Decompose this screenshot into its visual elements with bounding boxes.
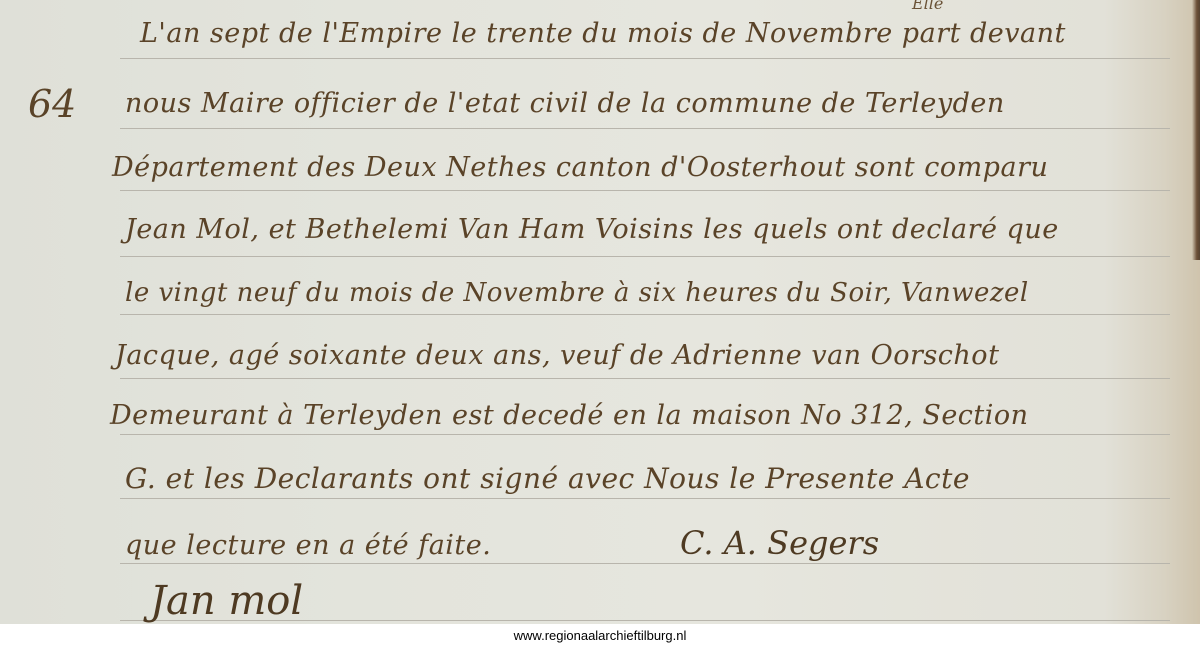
record-line-9: que lecture en a été faite. <box>125 530 491 561</box>
ruled-line <box>120 434 1170 435</box>
ruled-line <box>120 256 1170 257</box>
ruled-line <box>120 58 1170 59</box>
record-line-6: Jacque, agé soixante deux ans, veuf de A… <box>115 340 999 371</box>
record-line-8: G. et les Declarants ont signé avec Nous… <box>125 462 970 495</box>
official-signature: C. A. Segers <box>680 524 879 562</box>
record-line-5: le vingt neuf du mois de Novembre à six … <box>125 278 1029 308</box>
record-line-7: Demeurant à Terleyden est decedé en la m… <box>110 400 1029 431</box>
footer-bar: www.regionaalarchieftilburg.nl <box>0 624 1200 649</box>
archive-url: www.regionaalarchieftilburg.nl <box>0 628 1200 643</box>
declarant-signature: Jan mol <box>150 578 303 624</box>
ruled-line <box>120 378 1170 379</box>
scanned-register-page: Elle 64 L'an sept de l'Empire le trente … <box>0 0 1200 624</box>
ruled-line <box>120 190 1170 191</box>
ruled-line <box>120 128 1170 129</box>
record-number: 64 <box>28 82 76 126</box>
ruled-line <box>120 314 1170 315</box>
ruled-line <box>120 498 1170 499</box>
record-line-3: Département des Deux Nethes canton d'Oos… <box>112 152 1048 183</box>
ruled-line <box>120 563 1170 564</box>
book-binding-edge <box>1192 0 1200 260</box>
insertion-text: Elle <box>912 0 943 13</box>
record-line-4: Jean Mol, et Bethelemi Van Ham Voisins l… <box>125 214 1059 245</box>
record-line-2: nous Maire officier de l'etat civil de l… <box>125 88 1005 119</box>
record-line-1: L'an sept de l'Empire le trente du mois … <box>140 18 1066 49</box>
